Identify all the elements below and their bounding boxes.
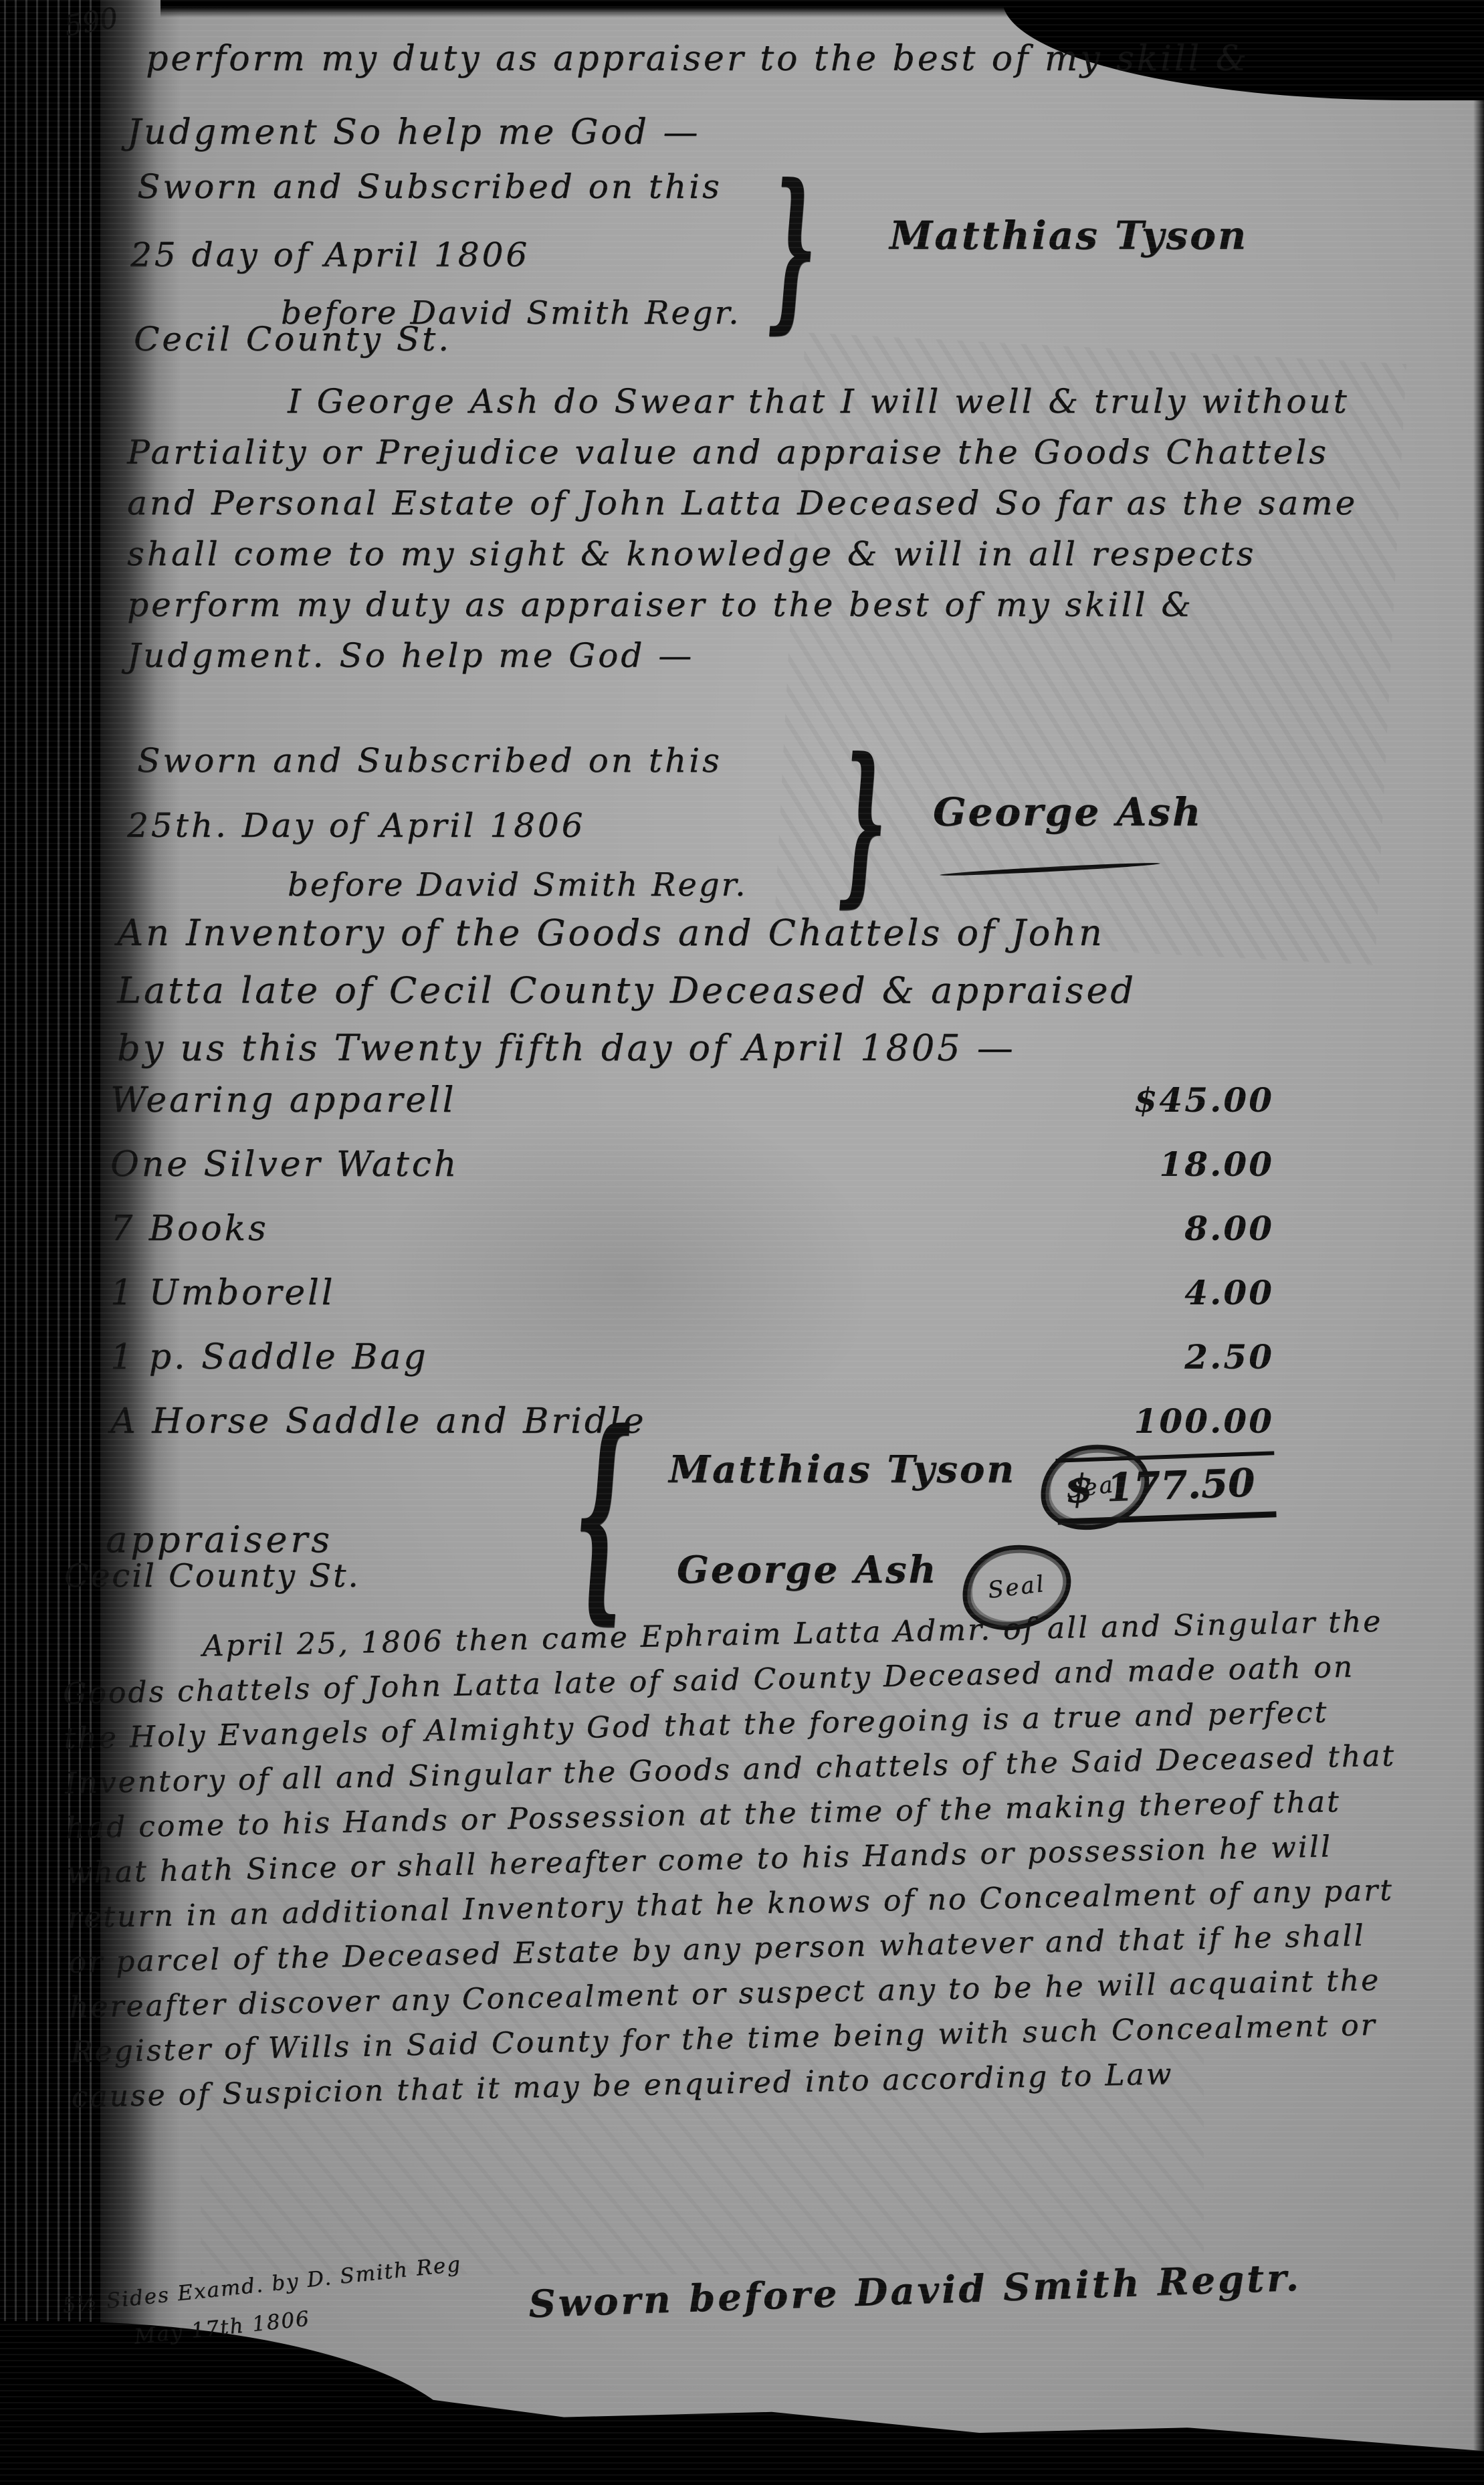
- inventory-row: 1 p. Saddle Bag 2.50: [110, 1337, 1274, 1401]
- inventory-item-value: 18.00: [1159, 1145, 1274, 1184]
- seal-word: Seal: [1065, 1470, 1126, 1504]
- scanned-document-page: 590 perform my duty as appraiser to the …: [0, 0, 1484, 2485]
- signature-matthias-tyson: Matthias Tyson: [889, 213, 1248, 258]
- inventory-list: Wearing apparell $45.00 One Silver Watch…: [110, 1080, 1274, 1466]
- inventory-row: 1 Umborell 4.00: [110, 1273, 1274, 1337]
- inventory-row: One Silver Watch 18.00: [110, 1145, 1274, 1209]
- oath-continuation-line-2: Judgment So help me God —: [127, 112, 700, 153]
- inventory-item-value: 8.00: [1184, 1209, 1274, 1248]
- inventory-item-label: A Horse Saddle and Bridle: [110, 1401, 646, 1442]
- appraiser-oath-paragraph: I George Ash do Swear that I will well &…: [127, 376, 1398, 681]
- jurat-tyson-line-1: Sworn and Subscribed on this: [137, 167, 722, 206]
- inventory-heading: An Inventory of the Goods and Chattels o…: [117, 904, 1187, 1077]
- brace-glyph: {: [574, 1403, 630, 1625]
- signature-george-ash: George Ash: [933, 789, 1202, 835]
- scan-edge-top: [161, 0, 1484, 17]
- inventory-item-label: 7 Books: [110, 1209, 269, 1249]
- inventory-item-value: 2.50: [1184, 1337, 1274, 1377]
- brace-glyph: }: [839, 736, 887, 909]
- signature-george-ash-sealed: George AshSeal: [677, 1533, 1070, 1617]
- jurat-ash-date: 25th. Day of April 1806: [127, 806, 585, 845]
- administrator-oath-paragraph: April 25, 1806 then came Ephraim Latta A…: [62, 1599, 1416, 2120]
- inventory-item-label: 1 Umborell: [110, 1273, 335, 1313]
- inventory-row: Wearing apparell $45.00: [110, 1080, 1274, 1145]
- county-heading: Cecil County St.: [134, 320, 451, 359]
- signature-name: Matthias Tyson: [669, 1448, 1016, 1492]
- scan-edge-right: [1473, 0, 1484, 2485]
- inventory-item-label: One Silver Watch: [110, 1145, 459, 1185]
- inventory-item-label: 1 p. Saddle Bag: [110, 1337, 429, 1377]
- inventory-item-value: $45.00: [1134, 1080, 1274, 1120]
- appraisers-label: appraisers: [106, 1518, 333, 1561]
- inventory-row: 7 Books 8.00: [110, 1209, 1274, 1273]
- inventory-item-value: 100.00: [1134, 1401, 1274, 1441]
- county-heading: Cecil County St.: [64, 1557, 360, 1595]
- jurat-ash-line-1: Sworn and Subscribed on this: [137, 741, 722, 780]
- seal-word: Seal: [986, 1571, 1047, 1604]
- jurat-tyson-date: 25 day of April 1806: [130, 235, 530, 274]
- inventory-item-value: 4.00: [1184, 1273, 1274, 1312]
- signature-name: George Ash: [677, 1548, 938, 1592]
- signature-matthias-tyson-sealed: Matthias TysonSeal: [669, 1433, 1148, 1517]
- inventory-item-label: Wearing apparell: [110, 1080, 456, 1120]
- brace-glyph: }: [769, 162, 817, 335]
- oath-continuation-line-1: perform my duty as appraiser to the best…: [146, 39, 1249, 79]
- jurat-ash-registrar: before David Smith Regr.: [288, 866, 747, 904]
